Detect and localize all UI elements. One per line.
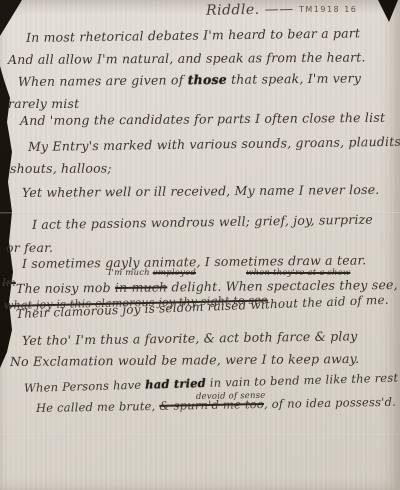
poem-line: In most rhetorical debates I'm heard to … bbox=[26, 25, 360, 45]
poem-line: when they're at a show bbox=[246, 268, 350, 278]
poem-line: Yet whether well or ill received, My nam… bbox=[22, 182, 380, 200]
manuscript-content: Riddle. —— TM1918 16 In most rhetorical … bbox=[0, 0, 400, 490]
poem-line: He called me brute, & spurn'd me too, of… bbox=[36, 395, 396, 415]
page-title: Riddle. —— bbox=[206, 1, 294, 19]
poem-line: or fear. bbox=[6, 240, 53, 255]
poem-line: Im bbox=[2, 278, 16, 289]
poem-line: I act the passions wondrous well; grief,… bbox=[32, 212, 373, 232]
poem-line: When names are given of those that speak… bbox=[18, 70, 361, 89]
poem-line: shouts, halloos; bbox=[10, 160, 112, 176]
poem-line: I'm much employed bbox=[108, 268, 196, 278]
poem-line: The noisy mob in much delight. When spec… bbox=[16, 277, 398, 296]
poem-line: And 'mong the candidates for parts I oft… bbox=[20, 110, 385, 128]
poem-line: No Exclamation would be made, were I to … bbox=[10, 351, 360, 369]
poem-line: rarely mist bbox=[8, 96, 79, 111]
poem-line: Yet tho' I'm thus a favorite, & act both… bbox=[22, 328, 358, 348]
poem-line: And all allow I'm natural, and speak as … bbox=[8, 50, 366, 67]
poem-line: My Entry's marked with various sounds, g… bbox=[28, 134, 400, 154]
photo-background: Riddle. —— TM1918 16 In most rhetorical … bbox=[0, 0, 400, 490]
catalog-mark: TM1918 16 bbox=[299, 5, 357, 14]
